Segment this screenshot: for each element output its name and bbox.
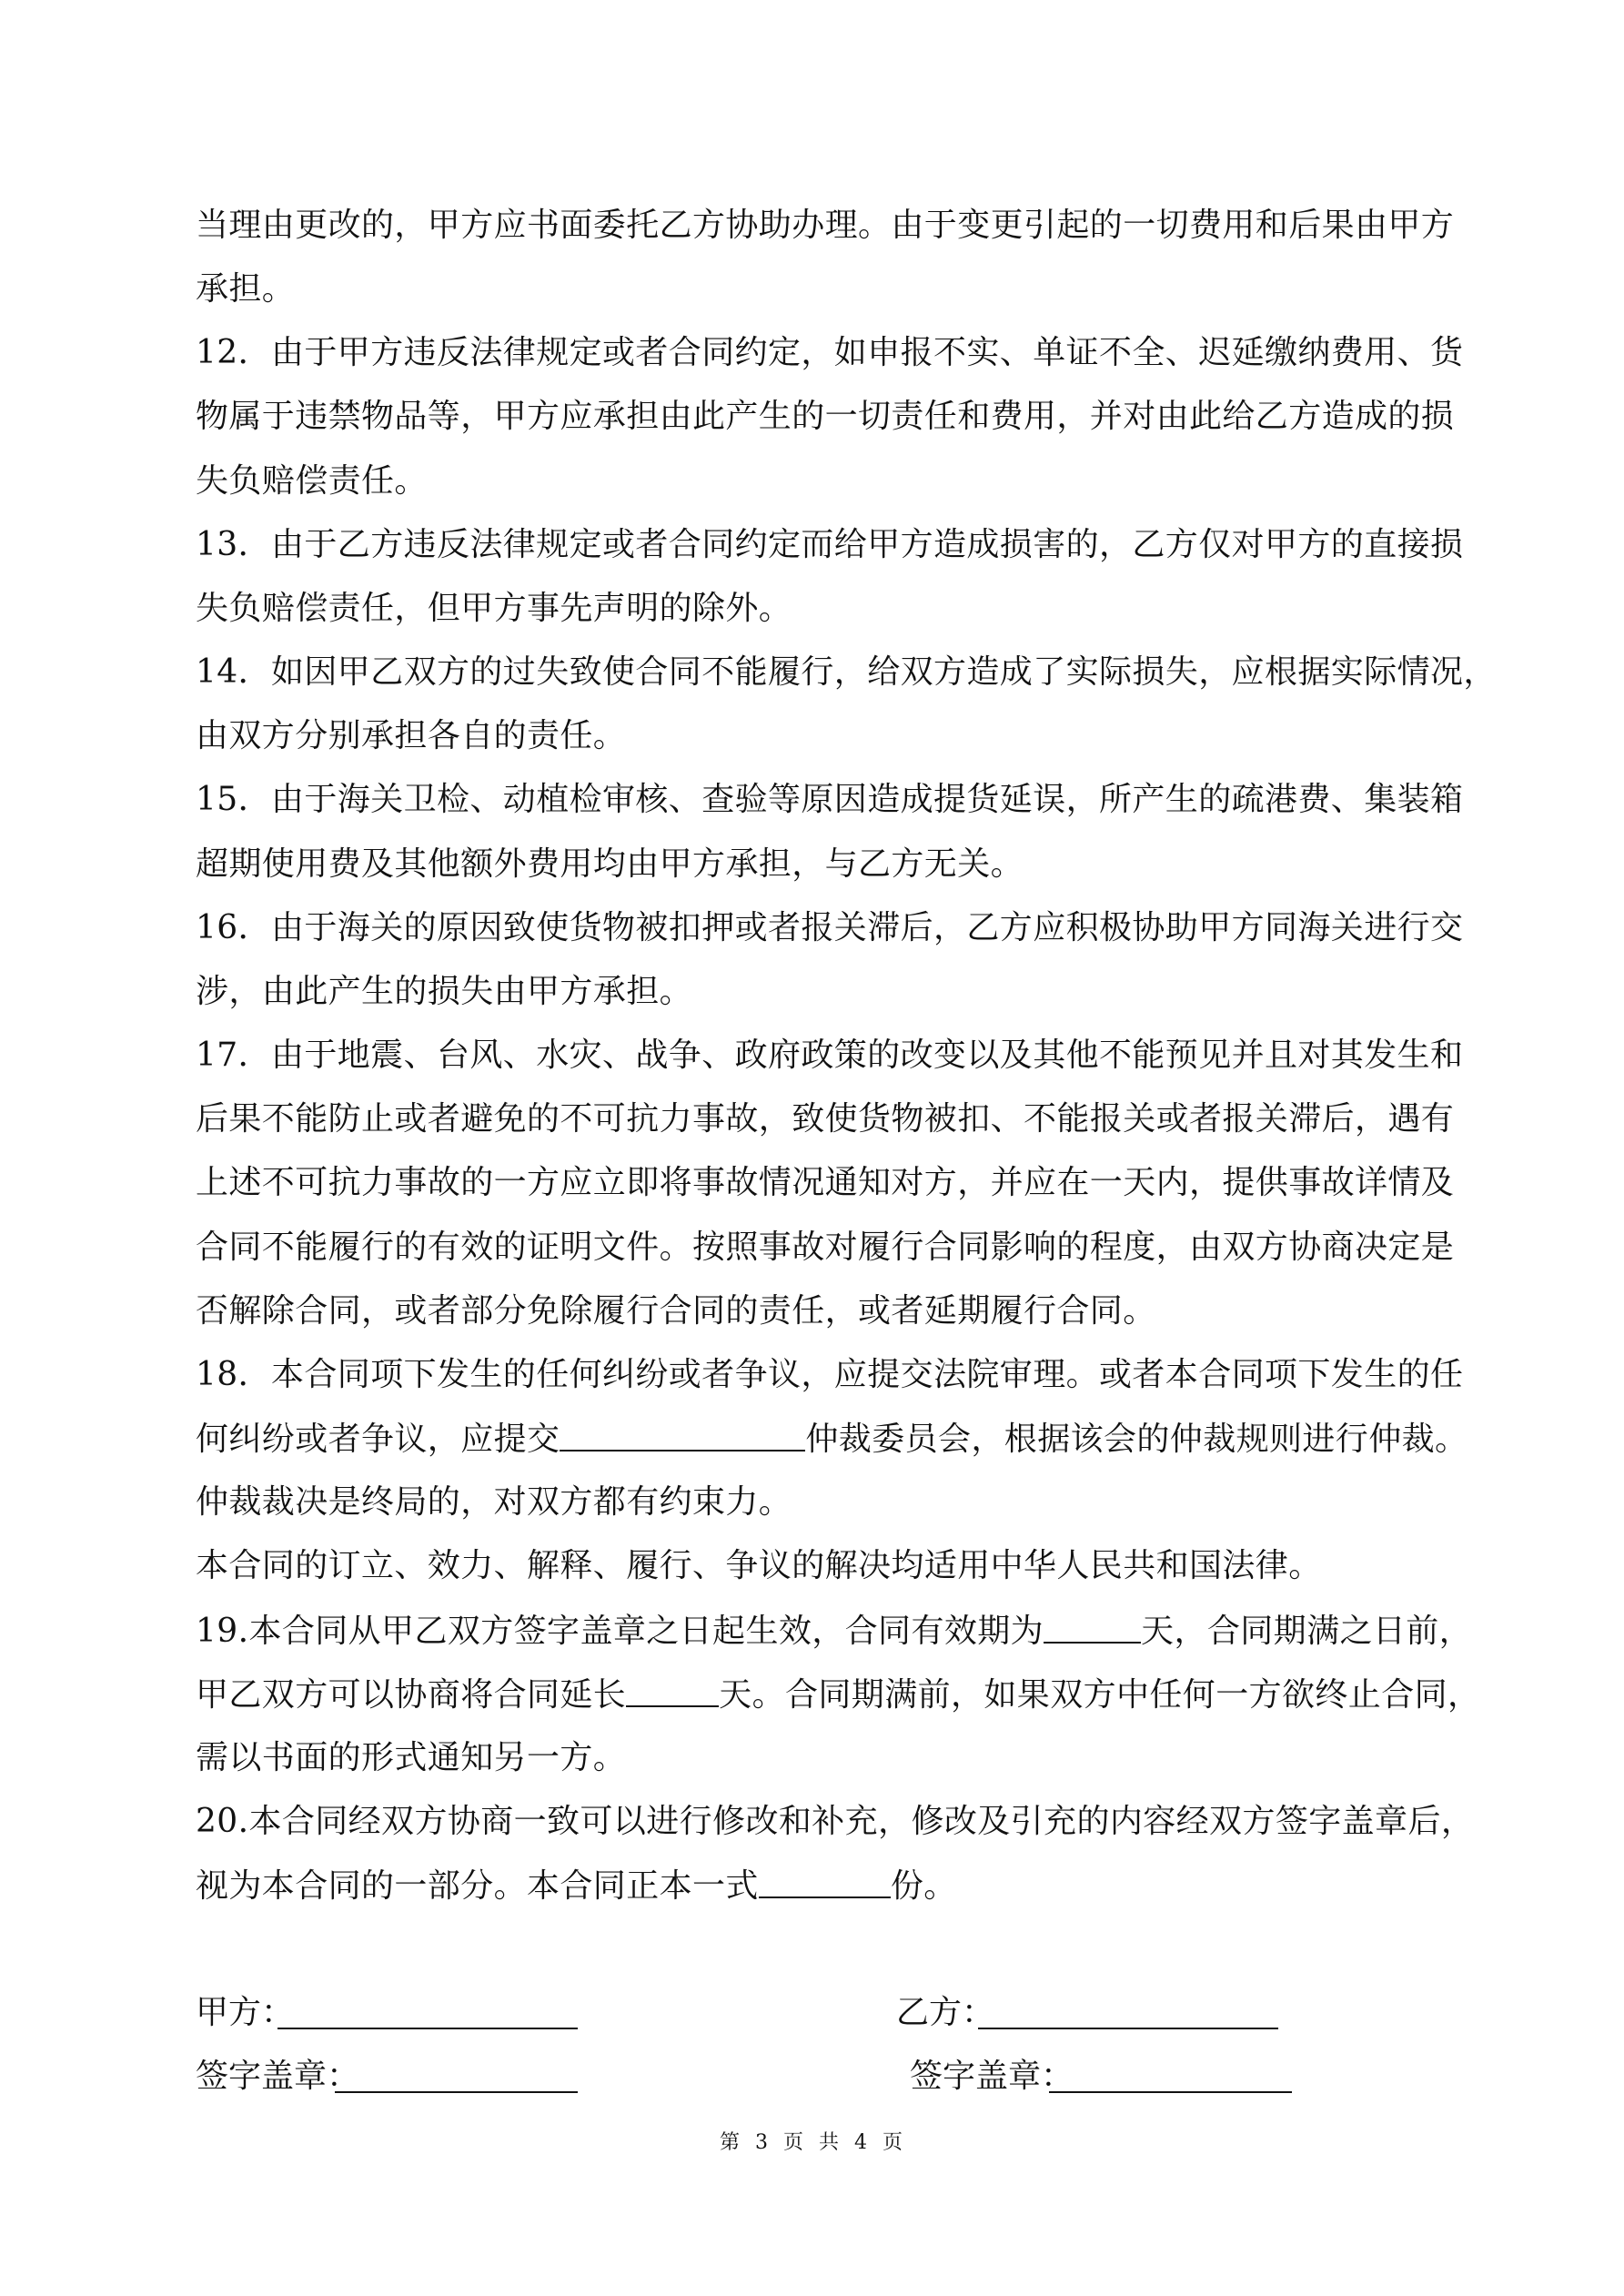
extension-days-blank[interactable] <box>626 1674 719 1707</box>
body-line: 物属于违禁物品等，甲方应承担由此产生的一切责任和费用，并对由此给乙方造成的损 <box>196 397 1433 437</box>
clause-19: 19.本合同从甲乙双方签字盖章之日起生效，合同有效期为天，合同期满之日前， <box>196 1611 1433 1651</box>
governing-law: 本合同的订立、效力、解释、履行、争议的解决均适用中华人民共和国法律。 <box>196 1546 1433 1586</box>
body-line: 后果不能防止或者避免的不可抗力事故，致使货物被扣、不能报关或者报关滞后，遇有 <box>196 1099 1433 1139</box>
clause-18-arbitration-line: 何纠纷或者争议，应提交仲裁委员会，根据该会的仲裁规则进行仲裁。 <box>196 1419 1433 1459</box>
text-before-blank: 甲乙双方可以协商将合同延长 <box>196 1676 626 1714</box>
clause-15: 15．由于海关卫检、动植检审核、查验等原因造成提货延误，所产生的疏港费、集装箱 <box>196 780 1433 820</box>
arbitration-commission-blank[interactable] <box>560 1419 805 1451</box>
text-after-blank: 天，合同期满之日前， <box>1141 1613 1472 1650</box>
body-line: 仲裁裁决是终局的，对双方都有约束力。 <box>196 1482 1433 1522</box>
body-line: 需以书面的形式通知另一方。 <box>196 1738 1433 1778</box>
body-line: 超期使用费及其他额外费用均由甲方承担，与乙方无关。 <box>196 845 1433 885</box>
body-line: 当理由更改的，甲方应书面委托乙方协助办理。由于变更引起的一切费用和后果由甲方 <box>196 206 1433 246</box>
body-line: 承担。 <box>196 269 1433 309</box>
party-b-seal-field[interactable] <box>1049 2091 1292 2093</box>
copies-count-blank[interactable] <box>759 1866 891 1898</box>
text-before-blank: 19.本合同从甲乙双方签字盖章之日起生效，合同有效期为 <box>196 1613 1044 1650</box>
clause-18: 18．本合同项下发生的任何纠纷或者争议，应提交法院审理。或者本合同项下发生的任 <box>196 1355 1433 1395</box>
body-line: 否解除合同，或者部分免除履行合同的责任，或者延期履行合同。 <box>196 1291 1433 1331</box>
body-line: 失负赔偿责任。 <box>196 461 1433 501</box>
page-number-footer: 第 3 页 共 4 页 <box>0 2128 1624 2159</box>
party-a-signature-field[interactable] <box>277 2028 578 2029</box>
body-line: 失负赔偿责任，但甲方事先声明的除外。 <box>196 589 1433 629</box>
clause-19-extension-line: 甲乙双方可以协商将合同延长天。合同期满前，如果双方中任何一方欲终止合同， <box>196 1674 1433 1714</box>
party-b-signature-field[interactable] <box>978 2028 1278 2029</box>
text-after-blank: 份。 <box>891 1867 957 1905</box>
clause-12: 12．由于甲方违反法律规定或者合同约定，如申报不实、单证不全、迟延缴纳费用、货 <box>196 333 1433 373</box>
text-before-blank: 视为本合同的一部分。本合同正本一式 <box>196 1867 759 1905</box>
clause-20: 20.本合同经双方协商一致可以进行修改和补充，修改及引充的内容经双方签字盖章后， <box>196 1802 1433 1842</box>
clause-20-copies-line: 视为本合同的一部分。本合同正本一式份。 <box>196 1866 1433 1906</box>
text-after-blank: 天。合同期满前，如果双方中任何一方欲终止合同， <box>719 1676 1480 1714</box>
body-line: 合同不能履行的有效的证明文件。按照事故对履行合同影响的程度，由双方协商决定是 <box>196 1228 1433 1268</box>
body-line: 上述不可抗力事故的一方应立即将事故情况通知对方，并应在一天内，提供事故详情及 <box>196 1163 1433 1203</box>
validity-days-blank[interactable] <box>1044 1611 1141 1644</box>
body-line: 由双方分别承担各自的责任。 <box>196 716 1433 756</box>
clause-16: 16．由于海关的原因致使货物被扣押或者报关滞后，乙方应积极协助甲方同海关进行交 <box>196 908 1433 948</box>
text-after-blank: 仲裁委员会，根据该会的仲裁规则进行仲裁。 <box>805 1421 1468 1458</box>
document-page: 当理由更改的，甲方应书面委托乙方协助办理。由于变更引起的一切费用和后果由甲方 承… <box>0 0 1624 2296</box>
body-line: 涉，由此产生的损失由甲方承担。 <box>196 972 1433 1012</box>
clause-17: 17．由于地震、台风、水灾、战争、政府政策的改变以及其他不能预见并且对其发生和 <box>196 1036 1433 1076</box>
clause-13: 13．由于乙方违反法律规定或者合同约定而给甲方造成损害的，乙方仅对甲方的直接损 <box>196 525 1433 565</box>
clause-14: 14．如因甲乙双方的过失致使合同不能履行，给双方造成了实际损失，应根据实际情况， <box>196 652 1433 693</box>
text-before-blank: 何纠纷或者争议，应提交 <box>196 1421 560 1458</box>
party-a-seal-field[interactable] <box>335 2091 578 2093</box>
